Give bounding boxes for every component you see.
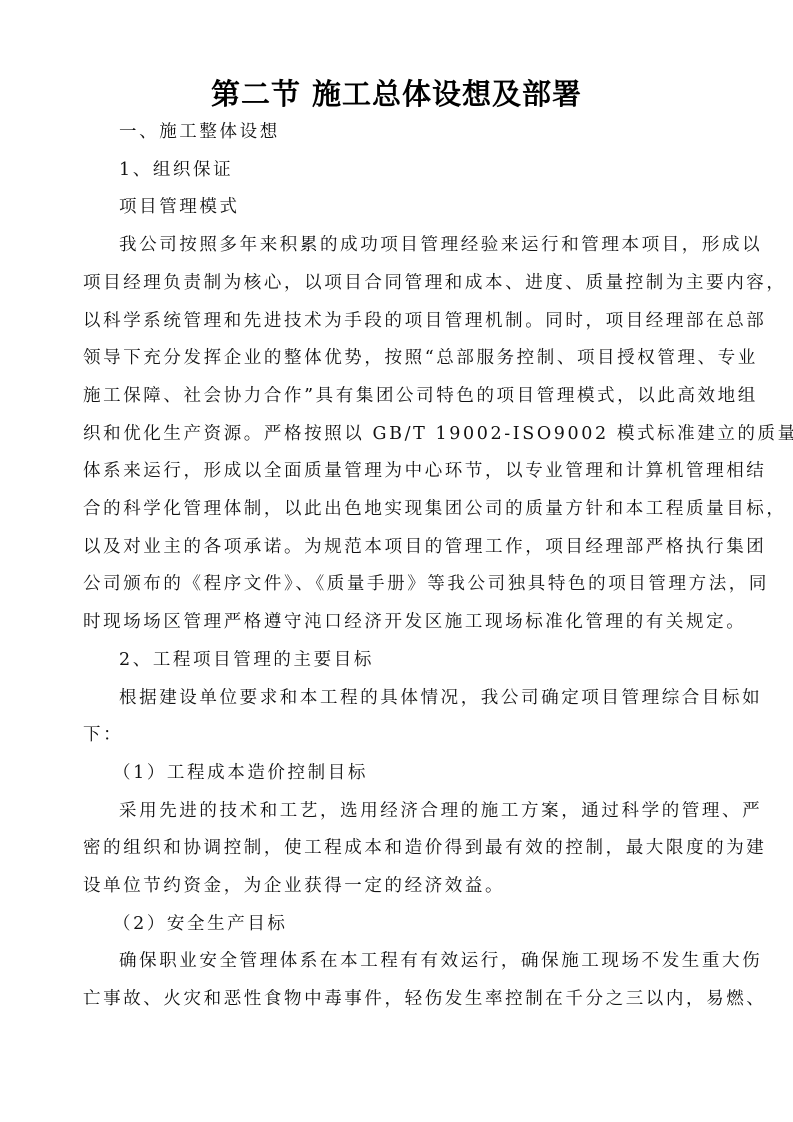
paragraph-management-mode: 我公司按照多年来积累的成功项目管理经验来运行和管理本项目，形成以 项目经理负责制… — [83, 227, 719, 642]
heading-construction-concept: 一、施工整体设想 — [83, 114, 719, 152]
text-line: 施工保障、社会协力合作”具有集团公司特色的项目管理模式，以此高效地组 — [83, 378, 719, 416]
text-line: 合的科学化管理体制，以此出色地实现集团公司的质量方针和本工程质量目标， — [83, 491, 719, 529]
heading-main-objectives: 2、工程项目管理的主要目标 — [83, 642, 719, 680]
document-body: 一、施工整体设想 1、组织保证 项目管理模式 我公司按照多年来积累的成功项目管理… — [83, 114, 719, 1019]
heading-cost-control-objective: （1）工程成本造价控制目标 — [83, 755, 719, 793]
text-line: 确保职业安全管理体系在本工程有有效运行，确保施工现场不发生重大伤 — [83, 943, 719, 981]
heading-project-management-mode: 项目管理模式 — [83, 189, 719, 227]
text-line: 亡事故、火灾和恶性食物中毒事件，轻伤发生率控制在千分之三以内，易燃、 — [83, 981, 719, 1019]
text-line: 设单位节约资金，为企业获得一定的经济效益。 — [83, 868, 719, 906]
text-line: 密的组织和协调控制，使工程成本和造价得到最有效的控制，最大限度的为建 — [83, 830, 719, 868]
section-title: 第二节 施工总体设想及部署 — [0, 74, 793, 114]
text-line: 体系来运行，形成以全面质量管理为中心环节，以专业管理和计算机管理相结 — [83, 453, 719, 491]
text-line: 下： — [83, 717, 719, 755]
heading-safety-objective: （2）安全生产目标 — [83, 906, 719, 944]
text-line: 我公司按照多年来积累的成功项目管理经验来运行和管理本项目，形成以 — [83, 227, 719, 265]
text-line: 公司颁布的《程序文件》、《质量手册》等我公司独具特色的项目管理方法，同 — [83, 566, 719, 604]
paragraph-safety: 确保职业安全管理体系在本工程有有效运行，确保施工现场不发生重大伤 亡事故、火灾和… — [83, 943, 719, 1018]
text-line: 根据建设单位要求和本工程的具体情况，我公司确定项目管理综合目标如 — [83, 680, 719, 718]
heading-organization-guarantee: 1、组织保证 — [83, 152, 719, 190]
text-line: 织和优化生产资源。严格按照以 GB/T 19002-ISO9002 模式标准建立… — [83, 416, 719, 454]
document-page: 第二节 施工总体设想及部署 一、施工整体设想 1、组织保证 项目管理模式 我公司… — [0, 0, 793, 1122]
paragraph-objectives-intro: 根据建设单位要求和本工程的具体情况，我公司确定项目管理综合目标如 下： — [83, 680, 719, 755]
text-line: 领导下充分发挥企业的整体优势，按照“总部服务控制、项目授权管理、专业 — [83, 340, 719, 378]
text-line: 以科学系统管理和先进技术为手段的项目管理机制。同时，项目经理部在总部 — [83, 303, 719, 341]
paragraph-cost-control: 采用先进的技术和工艺，选用经济合理的施工方案，通过科学的管理、严 密的组织和协调… — [83, 793, 719, 906]
text-line: 时现场场区管理严格遵守沌口经济开发区施工现场标准化管理的有关规定。 — [83, 604, 719, 642]
text-line: 采用先进的技术和工艺，选用经济合理的施工方案，通过科学的管理、严 — [83, 793, 719, 831]
text-line: 项目经理负责制为核心，以项目合同管理和成本、进度、质量控制为主要内容， — [83, 265, 719, 303]
text-line: 以及对业主的各项承诺。为规范本项目的管理工作，项目经理部严格执行集团 — [83, 529, 719, 567]
